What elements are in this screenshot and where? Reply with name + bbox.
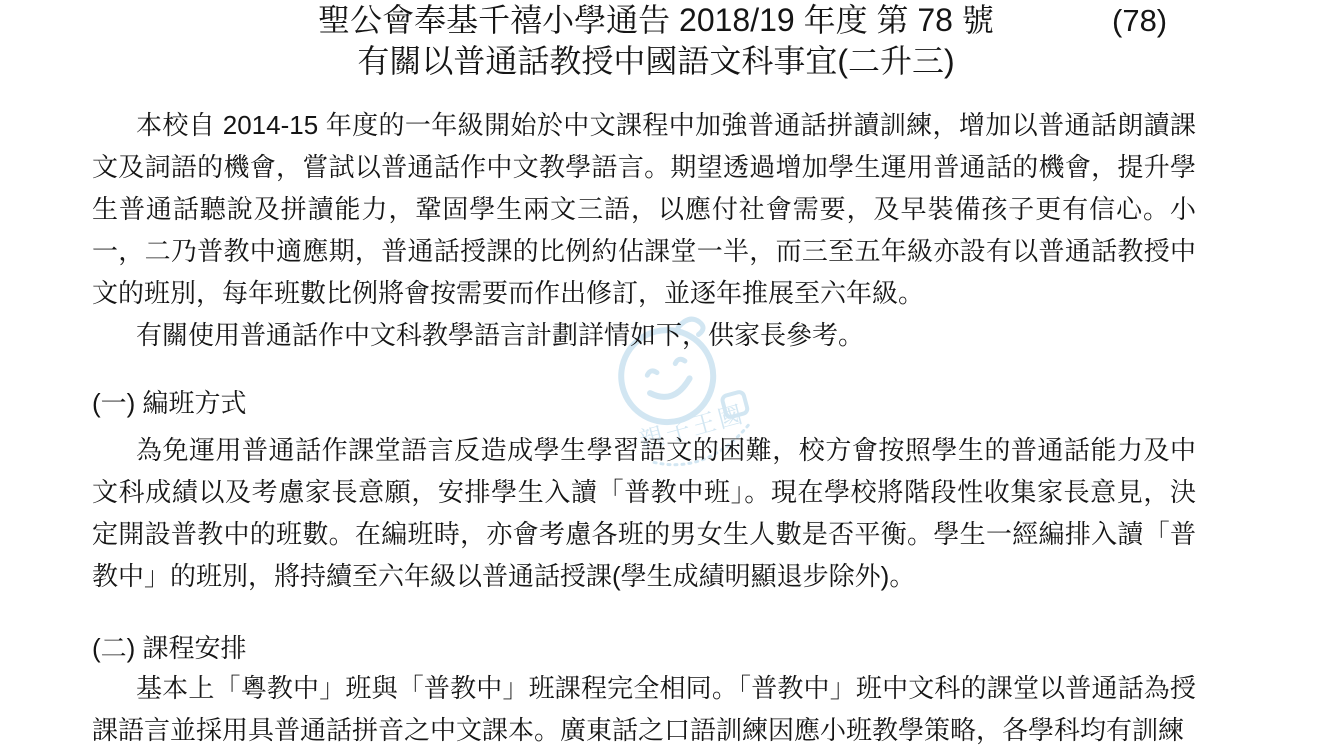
watermark-smile-icon <box>649 378 693 401</box>
section2-heading: (二) 課程安排 <box>92 627 247 669</box>
watermark-right-eye-icon <box>674 358 684 363</box>
section1-heading: (一) 編班方式 <box>92 382 247 424</box>
notice-ref-number: (78) <box>1112 1 1167 41</box>
note-paragraph: 有關使用普通話作中文科教學語言計劃詳情如下，供家長參考。 <box>92 314 1196 356</box>
section1-body: 為免運用普通話作課堂語言反造成學生學習語文的困難，校方會按照學生的普通話能力及中… <box>92 429 1196 597</box>
intro-paragraph: 本校自 2014-15 年度的一年級開始於中文課程中加強普通話拼讀訓練，增加以普… <box>92 104 1196 314</box>
watermark-seal-icon <box>721 391 748 418</box>
section2-paragraph: 基本上「粵教中」班與「普教中」班課程完全相同。「普教中」班中文科的課堂以普通話為… <box>92 667 1196 750</box>
notice-document-page: 親子王國 聖公會奉基千禧小學通告 2018/19 年度 第 78 號 (78) … <box>0 0 1334 750</box>
intro-block: 本校自 2014-15 年度的一年級開始於中文課程中加強普通話拼讀訓練，增加以普… <box>92 104 1196 356</box>
watermark-left-eye-icon <box>647 370 657 375</box>
section2-body: 基本上「粵教中」班與「普教中」班課程完全相同。「普教中」班中文科的課堂以普通話為… <box>92 667 1196 750</box>
notice-title-line2: 有關以普通話教授中國語文科事宜(二升三) <box>0 41 1312 81</box>
section1-paragraph: 為免運用普通話作課堂語言反造成學生學習語文的困難，校方會按照學生的普通話能力及中… <box>92 429 1196 597</box>
